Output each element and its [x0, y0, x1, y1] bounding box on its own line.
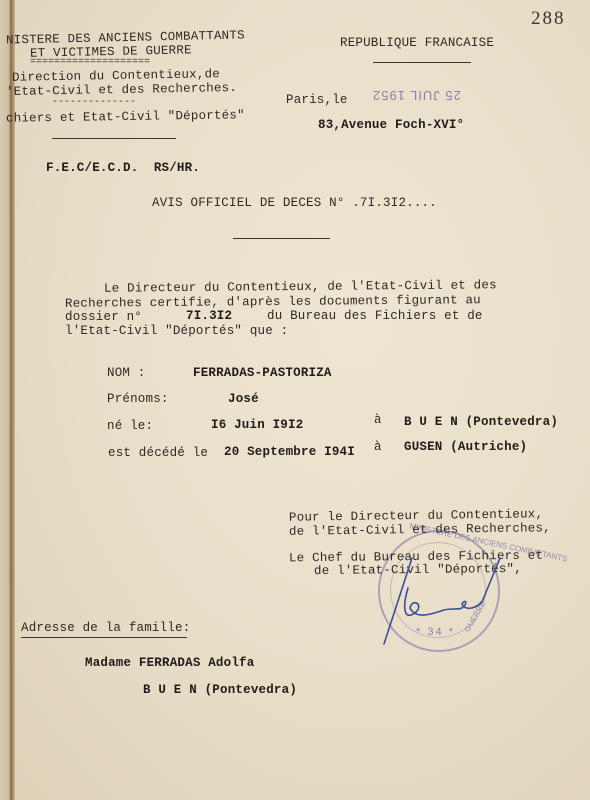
handwritten-signature: [382, 548, 502, 648]
prenoms-value: José: [228, 392, 259, 406]
death-date: 20 Septembre I94I: [224, 445, 355, 459]
signature-line-2: de l'Etat-Civil et des Recherches,: [289, 521, 551, 539]
ministry-separator: ====================: [30, 58, 150, 68]
document-page: 288 NISTERE DES ANCIENS COMBATTANTS ET V…: [0, 0, 590, 800]
body-line-3-prefix: dossier n°: [65, 310, 142, 324]
date-stamp: 25 JUIL 1952: [372, 88, 461, 103]
birth-label: né le:: [107, 419, 153, 433]
nom-label: NOM :: [107, 366, 146, 380]
place-label: Paris,le: [286, 93, 348, 107]
birth-date: I6 Juin I9I2: [211, 418, 303, 432]
death-label: est décédé le: [108, 446, 208, 460]
bureau-underline: [52, 138, 176, 139]
office-address: 83,Avenue Foch-XVI°: [318, 118, 464, 132]
republic-title: REPUBLIQUE FRANCAISE: [340, 36, 494, 50]
reference-code: F.E.C/E.C.D. RS/HR.: [46, 161, 200, 175]
prenoms-label: Prénoms:: [107, 392, 169, 406]
body-line-4: l'Etat-Civil "Déportés" que :: [65, 324, 288, 338]
nom-value: FERRADAS-PASTORIZA: [193, 366, 332, 380]
birth-at: à: [374, 413, 382, 427]
dossier-number: 7I.3I2: [186, 309, 232, 323]
page-number: 288: [531, 8, 566, 30]
death-place: GUSEN (Autriche): [404, 440, 527, 454]
body-line-3-suffix: du Bureau des Fichiers et de: [267, 309, 483, 323]
death-at: à: [374, 440, 382, 454]
republic-underline: [373, 62, 471, 63]
birth-place: B U E N (Pontevedra): [404, 415, 558, 429]
family-address-underline: [21, 637, 187, 638]
family-contact-place: B U E N (Pontevedra): [143, 683, 297, 697]
direction-separator: --------------: [52, 98, 136, 108]
title-underline: [233, 238, 330, 239]
family-address-label: Adresse de la famille:: [21, 621, 190, 635]
bureau-line: chiers et Etat-Civil "Déportés": [6, 108, 245, 125]
document-title: AVIS OFFICIEL DE DECES N° .7I.3I2....: [152, 196, 437, 210]
family-contact-name: Madame FERRADAS Adolfa: [85, 656, 254, 670]
